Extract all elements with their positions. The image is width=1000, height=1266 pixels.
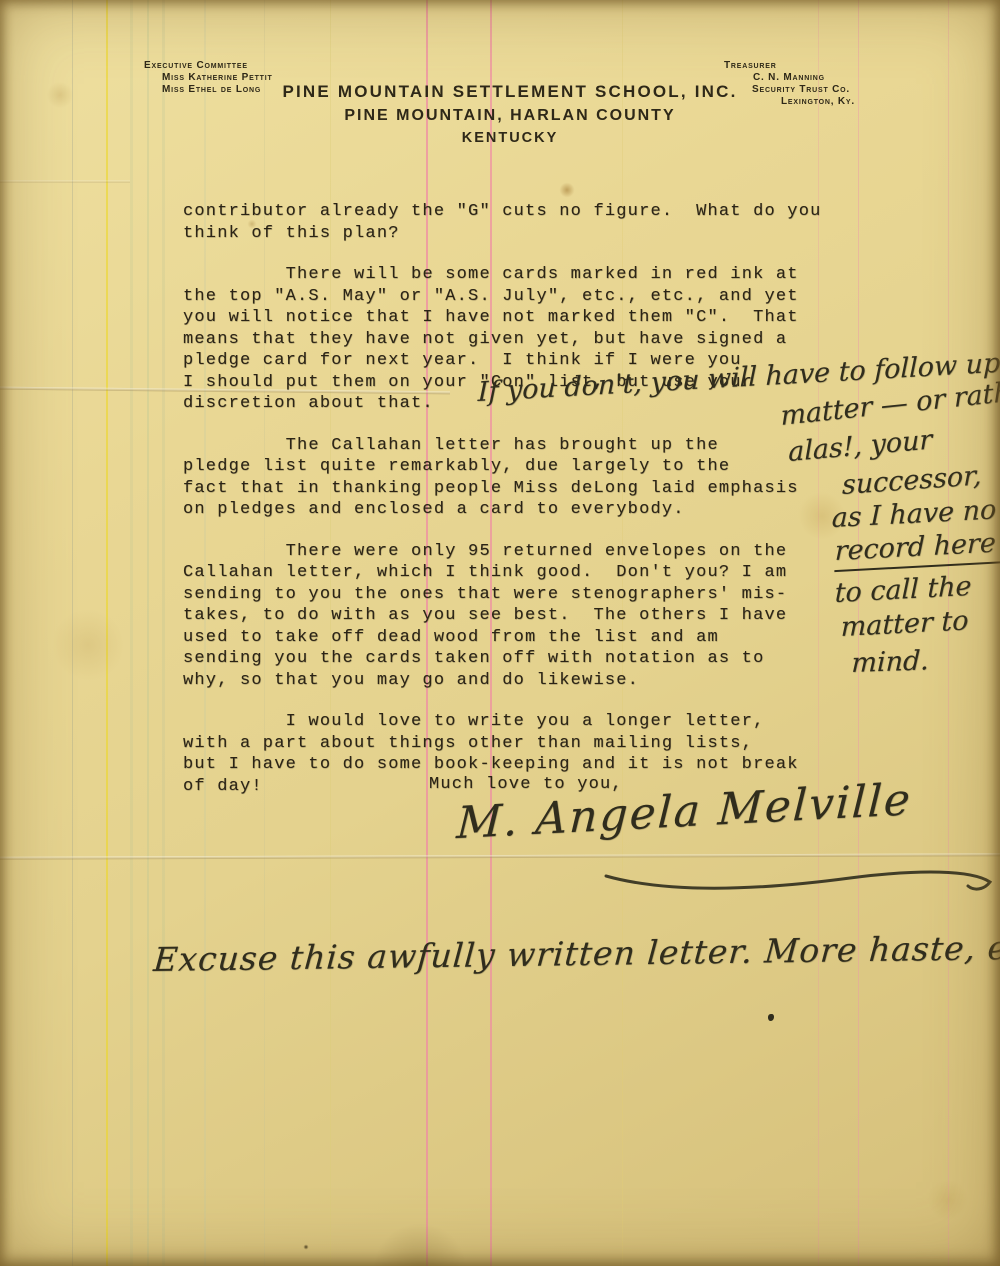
ink-dot: [768, 1014, 774, 1021]
ledger-line: [72, 0, 73, 1266]
handwritten-margin-note: mind.: [851, 645, 930, 679]
ledger-line: [130, 0, 133, 1266]
handwritten-margin-note: matter to: [840, 605, 968, 643]
typed-body: contributor already the "G" cuts no figu…: [183, 201, 913, 817]
fold-crease: [0, 180, 130, 183]
treasurer-city: Lexington, Ky.: [724, 96, 855, 108]
ledger-line: [147, 0, 149, 1266]
signature-flourish: [600, 860, 1000, 900]
treasurer-company: Security Trust Co.: [724, 84, 855, 96]
letter-paragraph: There were only 95 returned envelopes on…: [183, 541, 913, 692]
treasurer-title: Treasurer: [724, 60, 855, 72]
letter-paragraph: contributor already the "G" cuts no figu…: [183, 201, 913, 244]
school-state: KENTUCKY: [20, 130, 1000, 146]
handwritten-margin-note: to call the: [834, 571, 971, 609]
treasurer-name: C. N. Manning: [724, 72, 855, 84]
letterhead-right: Treasurer C. N. Manning Security Trust C…: [724, 60, 855, 108]
executive-committee-title: Executive Committee: [144, 60, 273, 72]
scanned-letter-page: Executive Committee Miss Katherine Petti…: [0, 0, 1000, 1266]
ledger-line: [162, 0, 165, 1266]
fold-crease: [0, 853, 1000, 860]
school-location: PINE MOUNTAIN, HARLAN COUNTY: [20, 107, 1000, 125]
handwritten-postscript: Excuse this awfully written letter. More…: [152, 927, 1000, 979]
ledger-line: [106, 0, 108, 1266]
